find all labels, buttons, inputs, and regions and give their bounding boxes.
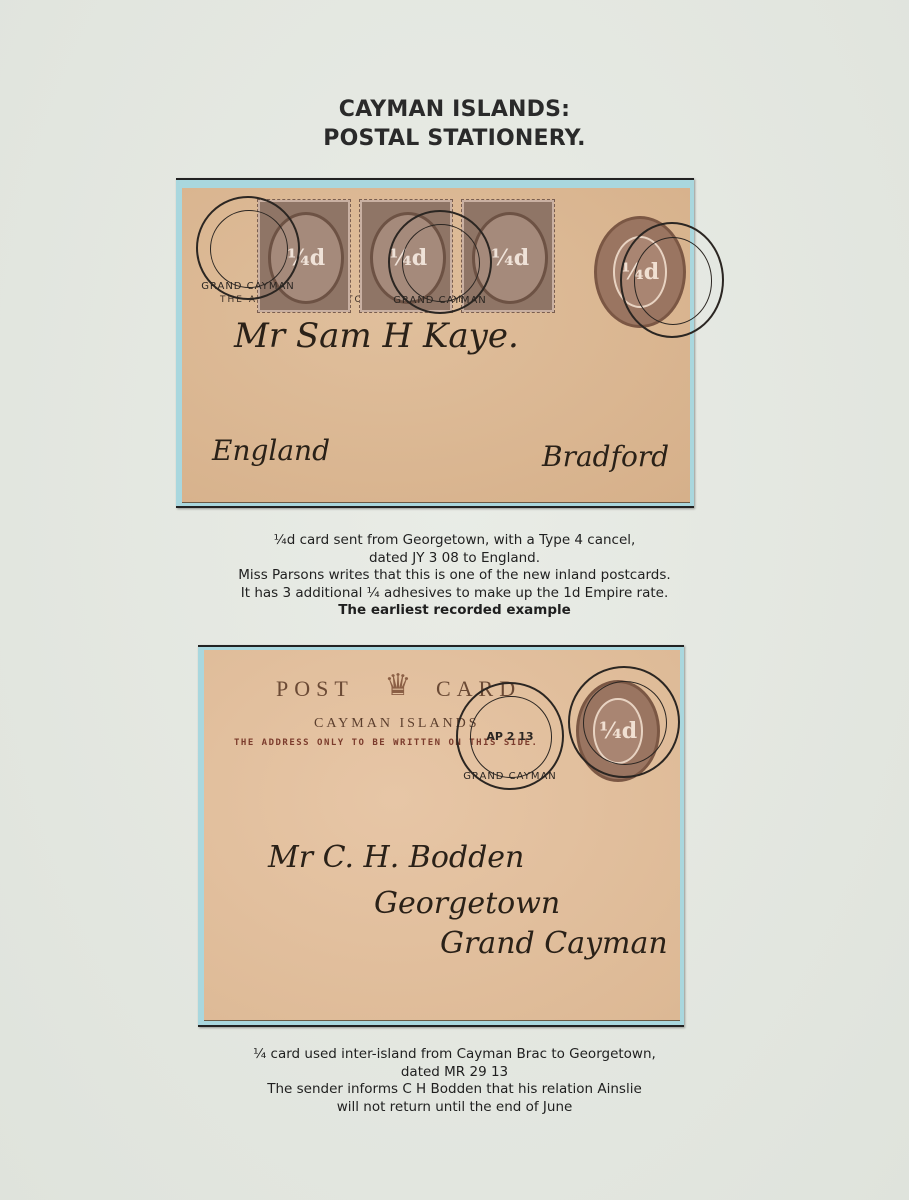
caption-line: will not return until the end of June [0, 1099, 909, 1117]
caption-1: ¼d card sent from Georgetown, with a Typ… [0, 532, 909, 620]
caption-line: The sender informs C H Bodden that his r… [0, 1081, 909, 1099]
page-title-line1: CAYMAN ISLANDS: [0, 95, 909, 124]
page-title-line2: POSTAL STATIONERY. [0, 124, 909, 153]
postcard-header-post: POST [276, 676, 354, 702]
postmark-cancel-cayman-brac [568, 666, 680, 778]
postmark-cancel: GRAND CAYMAN [388, 210, 492, 314]
address-city: Bradford [542, 440, 669, 473]
address-name: Mr Sam H Kaye. [234, 316, 519, 356]
royal-crest-icon: ♛ [370, 666, 426, 706]
page-title: CAYMAN ISLANDS: POSTAL STATIONERY. [0, 95, 909, 153]
address-town: Georgetown [374, 886, 560, 921]
caption-line: It has 3 additional ¼ adhesives to make … [0, 585, 909, 603]
postmark-cancel [620, 222, 724, 338]
caption-line: ¼d card sent from Georgetown, with a Typ… [0, 532, 909, 550]
caption-line: dated MR 29 13 [0, 1064, 909, 1082]
address-country: England [212, 434, 330, 467]
postcard-subheader: CAYMAN ISLANDS [314, 716, 480, 732]
address-island: Grand Cayman [440, 926, 668, 961]
postmark-cancel-georgetown: AP 2 13 GRAND CAYMAN [456, 682, 564, 790]
caption-line: Miss Parsons writes that this is one of … [0, 567, 909, 585]
address-name: Mr C. H. Bodden [268, 840, 524, 875]
caption-line: ¼ card used inter-island from Cayman Bra… [0, 1046, 909, 1064]
caption-2: ¼ card used inter-island from Cayman Bra… [0, 1046, 909, 1116]
caption-highlight: The earliest recorded example [0, 602, 909, 620]
postmark-cancel: GRAND CAYMAN [196, 196, 300, 300]
caption-line: dated JY 3 08 to England. [0, 550, 909, 568]
